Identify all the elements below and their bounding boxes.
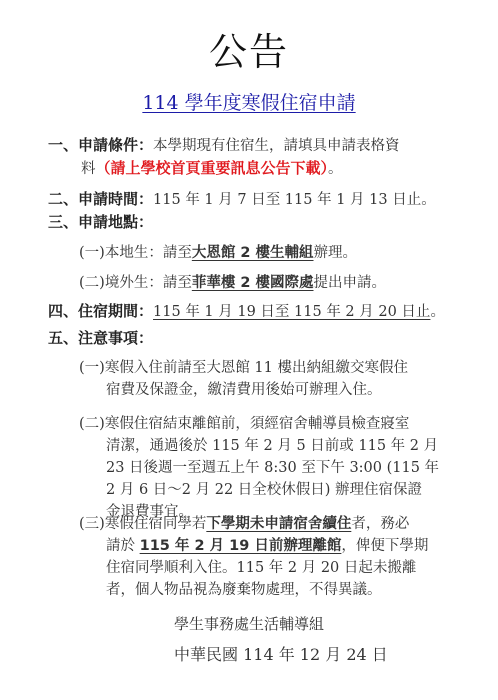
note-line: 寒假入住前請至大恩館 11 樓出納組繳交寒假住 (105, 360, 408, 376)
download-notice: （請上學校首頁重要訊息公告下載） (96, 159, 329, 177)
location-item-overseas: (二)境外生：請至菲華樓 2 樓國際處提出申請。 (79, 272, 449, 294)
section-heading: 住宿期間： (78, 302, 153, 320)
note-item-2: (二)寒假住宿結束離館前，須經宿舍輔導員檢查寢室 清潔，通過後於 115 年 2… (79, 413, 449, 523)
section-application-time: 二、申請時間：115 年 1 月 7 日至 115 年 1 月 13 日止。 (48, 188, 458, 211)
location-underlined: 大恩館 2 樓生輔組 (192, 245, 314, 261)
section-application-location: 三、申請地點： (48, 211, 458, 233)
item-suffix: 辦理。 (314, 245, 358, 261)
section-number: 四、 (48, 302, 78, 320)
note-text: ，俾便下學期 (341, 538, 428, 554)
item-suffix: 提出申請。 (314, 275, 387, 291)
item-marker: (三) (79, 516, 105, 532)
section-number: 五、 (48, 329, 78, 347)
note-text: 請於 (106, 538, 140, 554)
item-label: 境外生：請至 (105, 275, 192, 291)
issue-date: 中華民國 114 年 12 月 24 日 (174, 642, 388, 665)
section-text: 料 (81, 161, 96, 177)
note-item-1: (一)寒假入住前請至大恩館 11 樓出納組繳交寒假住 宿費及保證金，繳清費用後始… (79, 357, 449, 401)
note-line: 清潔，通過後於 115 年 2 月 5 日前或 115 年 2 月 (79, 435, 449, 457)
section-text: 。 (328, 161, 343, 177)
note-underlined: 115 年 2 月 19 日前辦理離館 (140, 538, 342, 554)
item-marker: (一) (79, 360, 105, 376)
note-line: 寒假住宿結束離館前，須經宿舍輔導員檢查寢室 (105, 416, 410, 432)
note-line: 宿費及保證金，繳清費用後始可辦理入住。 (79, 379, 449, 401)
section-heading: 申請條件： (78, 136, 153, 154)
note-line: 請於 115 年 2 月 19 日前辦理離館，俾便下學期 (79, 535, 449, 557)
section-number: 二、 (48, 190, 78, 208)
section-number: 三、 (48, 213, 78, 231)
note-line: 者，個人物品視為廢棄物處理，不得異議。 (79, 579, 449, 601)
note-text: 者，務必 (351, 516, 409, 532)
section-application-conditions: 一、申請條件：本學期現有住宿生，請填具申請表格資 料（請上學校首頁重要訊息公告下… (48, 134, 458, 180)
page-title: 公告 (0, 30, 498, 74)
subtitle: 114 學年度寒假住宿申請 (0, 91, 498, 115)
note-line: 2 月 6 日～2 月 22 日全校休假日) 辦理住宿保證 (79, 479, 449, 501)
section-heading: 申請時間： (78, 190, 153, 208)
section-heading: 注意事項： (78, 329, 153, 347)
item-marker: (二) (79, 416, 105, 432)
item-label: 本地生：請至 (105, 245, 192, 261)
location-item-local: (一)本地生：請至大恩館 2 樓生輔組辦理。 (79, 242, 449, 264)
item-marker: (二) (79, 275, 105, 291)
location-underlined: 菲華樓 2 樓國際處 (192, 275, 314, 291)
item-marker: (一) (79, 245, 105, 261)
section-text: 115 年 1 月 7 日至 115 年 1 月 13 日止。 (153, 192, 436, 208)
note-underlined: 下學期未申請宿舍續住 (206, 516, 351, 532)
section-suffix: 。 (430, 304, 445, 320)
section-text: 本學期現有住宿生，請填具申請表格資 (153, 138, 400, 154)
subtitle-link: 114 學年度寒假住宿申請 (142, 92, 355, 114)
issuing-office: 學生事務處生活輔導組 (174, 613, 324, 634)
section-stay-period: 四、住宿期間：115 年 1 月 19 日至 115 年 2 月 20 日止。 (48, 300, 458, 323)
note-line: 23 日後週一至週五上午 8:30 至下午 3:00 (115 年 (79, 457, 449, 479)
note-text: 寒假住宿同學若 (105, 516, 207, 532)
section-heading: 申請地點： (78, 213, 153, 231)
section-number: 一、 (48, 136, 78, 154)
stay-period-underlined: 115 年 1 月 19 日至 115 年 2 月 20 日止 (153, 304, 430, 320)
note-item-3: (三)寒假住宿同學若下學期未申請宿舍續住者，務必 請於 115 年 2 月 19… (79, 513, 449, 601)
note-line: 住宿同學順利入住。115 年 2 月 20 日起未搬離 (79, 557, 449, 579)
section-notes: 五、注意事項： (48, 327, 458, 349)
